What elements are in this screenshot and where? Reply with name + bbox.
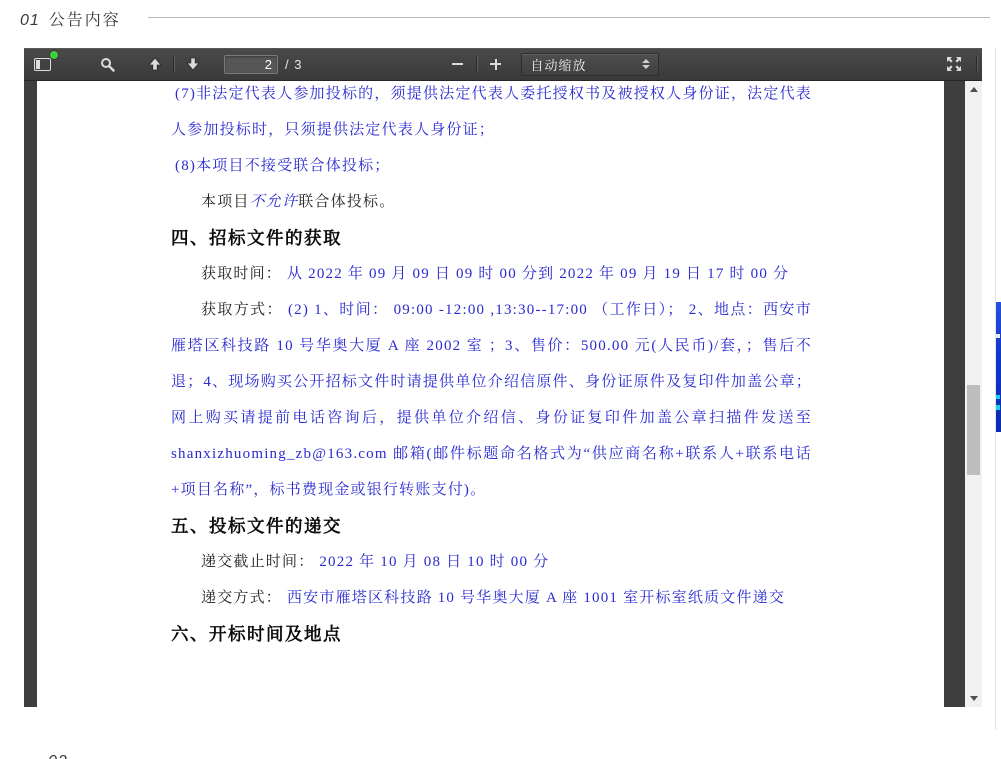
triangle-up-icon	[970, 87, 978, 92]
doc-heading: 四、招标文件的获取	[171, 220, 812, 256]
widget-mark	[996, 334, 1000, 338]
notification-dot	[50, 51, 58, 59]
triangle-down-icon	[970, 696, 978, 701]
zoom-select[interactable]: 自动缩放	[521, 53, 659, 76]
doc-heading: 六、开标时间及地点	[171, 616, 812, 652]
viewer-scrollbar[interactable]	[965, 81, 982, 707]
doc-paragraph: (7)非法定代表人参加投标的，须提供法定代表人委托授权书及被授权人身份证，法定代…	[171, 76, 812, 148]
doc-paragraph: (8)本项目不接受联合体投标；	[171, 148, 812, 184]
section-header: 01 公告内容	[20, 7, 121, 30]
widget-mark	[996, 395, 1000, 399]
section-number: 01	[20, 12, 40, 30]
pdf-page-content: (7)非法定代表人参加投标的，须提供法定代表人委托授权书及被授权人身份证，法定代…	[171, 76, 812, 652]
toolbar-separator	[976, 56, 977, 72]
pdf-page: (7)非法定代表人参加投标的，须提供法定代表人委托授权书及被授权人身份证，法定代…	[37, 81, 944, 707]
fullscreen-icon	[946, 56, 962, 72]
section-title: 公告内容	[49, 7, 121, 30]
plus-icon	[490, 59, 501, 70]
arrow-down-icon	[185, 56, 201, 72]
pdf-viewer: / 3 自动缩放	[24, 48, 982, 707]
widget-mark	[996, 405, 1000, 410]
search-icon	[100, 57, 115, 72]
doc-paragraph: 递交截止时间： 2022 年 10 月 08 日 10 时 00 分	[171, 544, 812, 580]
doc-heading: 五、投标文件的递交	[171, 508, 812, 544]
zoom-select-value: 自动缩放	[522, 55, 638, 74]
zoom-in-button[interactable]	[482, 52, 509, 77]
arrow-up-icon	[147, 56, 163, 72]
toolbar-separator	[476, 56, 477, 72]
doc-paragraph: 获取时间： 从 2022 年 09 月 09 日 09 时 00 分到 2022…	[171, 256, 812, 292]
search-button[interactable]	[94, 52, 121, 77]
sidebar-icon	[34, 58, 51, 71]
select-arrows-icon	[638, 59, 654, 69]
zoom-out-button[interactable]	[444, 52, 471, 77]
scroll-down-button[interactable]	[965, 690, 982, 706]
pdf-viewer-body: (7)非法定代表人参加投标的，须提供法定代表人委托授权书及被授权人身份证，法定代…	[24, 81, 982, 707]
previous-page-button[interactable]	[141, 52, 168, 77]
page-number-input[interactable]	[224, 55, 278, 74]
presentation-mode-button[interactable]	[940, 52, 967, 77]
scrollbar-thumb[interactable]	[967, 385, 980, 475]
sidebar-toggle-button[interactable]	[29, 52, 56, 77]
page-count-label: / 3	[285, 57, 302, 72]
doc-paragraph: 获取方式： (2) 1、时间： 09:00 -12:00 ,13:30--17:…	[171, 292, 812, 508]
scroll-up-button[interactable]	[965, 81, 982, 97]
header-divider	[148, 17, 990, 18]
next-page-button[interactable]	[179, 52, 206, 77]
side-widget-clipped[interactable]	[996, 302, 1001, 432]
toolbar-right-group	[940, 52, 980, 77]
doc-paragraph: 本项目不允许联合体投标。	[171, 184, 812, 220]
toolbar-separator	[173, 56, 174, 72]
doc-paragraph: 递交方式： 西安市雁塔区科技路 10 号华奥大厦 A 座 1001 室开标室纸质…	[171, 580, 812, 616]
minus-icon	[452, 63, 463, 65]
next-section-number-clipped: 02	[48, 753, 68, 759]
